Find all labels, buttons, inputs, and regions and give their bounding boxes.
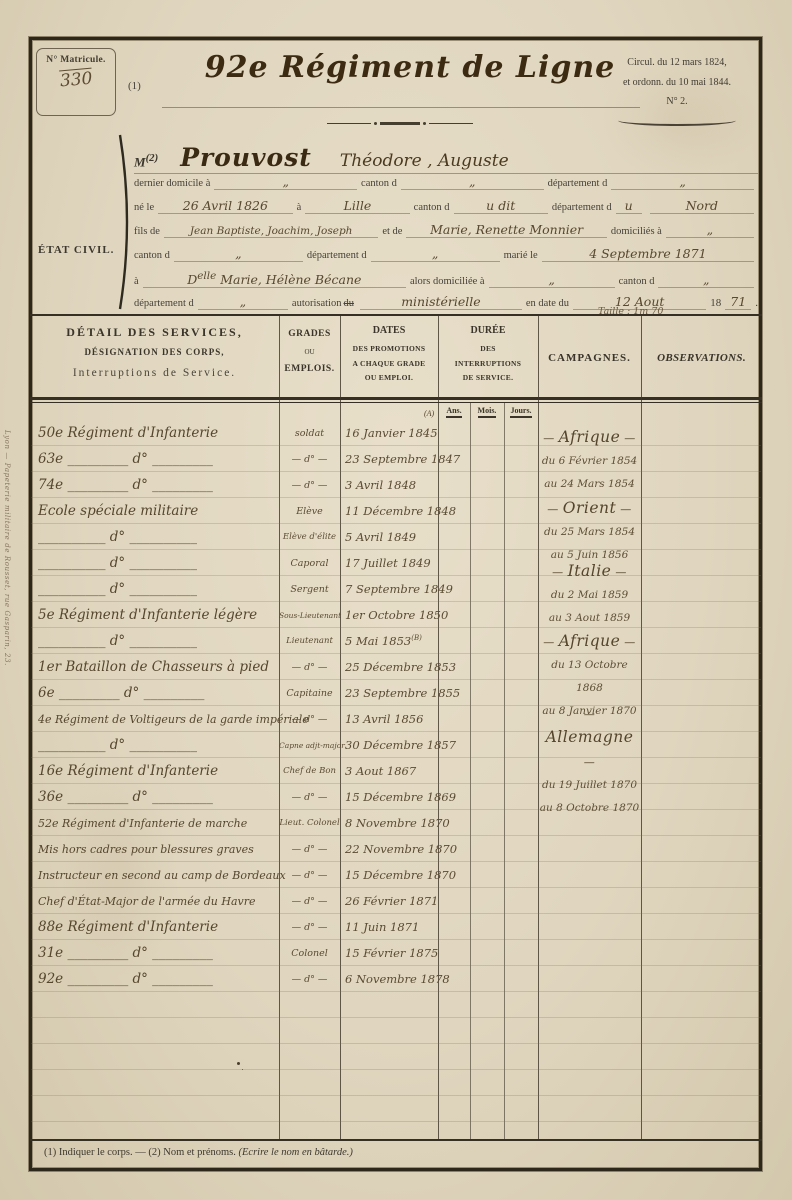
campaigns-column: Afrique du 6 Février 1854 au 24 Mars 185… xyxy=(538,420,641,820)
field-value: „ xyxy=(371,246,500,262)
corps-cell: 52e Régiment d'Infanterie de marche xyxy=(30,817,279,830)
table-row: 4e Régiment de Voltigeurs de la garde im… xyxy=(30,706,438,732)
date-cell: 3 Aout 1867 xyxy=(340,764,438,778)
field-label: alors domiciliée à xyxy=(410,276,485,287)
date-cell: 1er Octobre 1850 xyxy=(340,608,438,622)
date-footnote-ref: (B) xyxy=(411,634,422,642)
birth-department: Nord xyxy=(650,198,754,214)
wife-name: Delle Marie, Hélène Bécane xyxy=(143,270,406,288)
corps-cell: Mis hors cadres pour blessures graves xyxy=(30,843,279,856)
table-row: Instructeur en second au camp de Bordeau… xyxy=(30,862,438,888)
year-prefix: 18 xyxy=(710,297,721,309)
corps-cell: __________ d° __________ xyxy=(30,633,279,649)
campaign-from: du 2 Mai 1859 xyxy=(538,584,641,607)
date-cell: 11 Juin 1871 xyxy=(340,920,438,934)
date-cell: 7 Septembre 1849 xyxy=(340,582,438,596)
circular-line: et ordonn. du 10 mai 1844. xyxy=(596,73,758,93)
date-cell: 6 Novembre 1878 xyxy=(340,972,438,986)
date-cell: 26 Février 1871 xyxy=(340,894,438,908)
grade-cell: Sous-Lieutenant xyxy=(279,611,340,620)
field-label: à xyxy=(134,276,139,287)
date-cell: 3 Avril 1848 xyxy=(340,478,438,492)
header-services: DÉTAIL DES SERVICES, DÉSIGNATION DES COR… xyxy=(30,326,279,380)
date-cell: 25 Décembre 1853 xyxy=(340,660,438,674)
table-row: 92e _________ d° _________ — d° — 6 Nove… xyxy=(30,966,438,992)
mother-name: Marie, Renette Monnier xyxy=(406,222,606,238)
field-label: et de xyxy=(382,226,402,237)
corps-cell: 1er Bataillon de Chasseurs à pied xyxy=(30,659,279,675)
table-row: __________ d° __________ Caporal 17 Juil… xyxy=(30,550,438,576)
subheader-ans: Ans. xyxy=(438,406,470,415)
table-row: 6e _________ d° _________ Capitaine 23 S… xyxy=(30,680,438,706)
table-row: __________ d° __________ Elève d'élite 5… xyxy=(30,524,438,550)
date-cell: 22 Novembre 1870 xyxy=(340,842,438,856)
field-label: domiciliés à xyxy=(611,226,662,237)
corps-cell: 6e _________ d° _________ xyxy=(30,685,279,701)
etat-civil-form: M(2) Prouvost Théodore , Auguste dernier… xyxy=(134,128,758,318)
table-row: Chef d'État-Major de l'armée du Havre — … xyxy=(30,888,438,914)
grade-cell: — d° — xyxy=(279,974,340,985)
form-footnote-ref: (1) xyxy=(128,80,141,92)
grade-cell: — d° — xyxy=(279,480,340,491)
field-value: „ xyxy=(666,222,754,238)
printer-imprint: Lyon — Papeterie militaire de Rousset, r… xyxy=(3,430,11,760)
field-label: canton d xyxy=(361,178,397,189)
header-bottom-rule xyxy=(30,397,762,400)
grade-cell: Colonel xyxy=(279,948,340,959)
m-label: M(2) xyxy=(134,152,158,170)
campaign-name: Afrique xyxy=(538,630,641,654)
campaign-block: Orient du 25 Mars 1854 au 5 Juin 1856 xyxy=(538,497,641,567)
surname: Prouvost xyxy=(180,145,312,170)
date-cell: 15 Février 1875 xyxy=(340,946,438,960)
campaign-from: du 19 Juillet 1870 xyxy=(538,774,641,797)
date-cell: 16 Janvier 1845 xyxy=(340,426,438,440)
corps-cell: 92e _________ d° _________ xyxy=(30,971,279,987)
date-cell: 15 Décembre 1869 xyxy=(340,790,438,804)
field-value: u xyxy=(616,198,642,214)
table-row: __________ d° __________ Lieutenant 5 Ma… xyxy=(30,628,438,654)
title-underline xyxy=(162,107,640,108)
corps-cell: Instructeur en second au camp de Bordeau… xyxy=(30,869,279,882)
table-row: 63e _________ d° _________ — d° — 23 Sep… xyxy=(30,446,438,472)
domicile-line: dernier domicile à „ canton d „ départem… xyxy=(134,174,758,198)
grade-cell: — d° — xyxy=(279,792,340,803)
corps-cell: 63e _________ d° _________ xyxy=(30,451,279,467)
header-observations: OBSERVATIONS. xyxy=(641,352,762,364)
table-row: 52e Régiment d'Infanterie de marche Lieu… xyxy=(30,810,438,836)
date-cell: 23 Septembre 1855 xyxy=(340,686,438,700)
grade-cell: Lieutenant xyxy=(279,636,340,646)
corps-cell: 5e Régiment d'Infanterie légère xyxy=(30,607,279,623)
campaign-name: Afrique xyxy=(538,426,641,450)
date-cell: 5 Mai 1853(B) xyxy=(340,634,438,648)
birth-place: Lille xyxy=(305,198,409,214)
matricule-box: N° Matricule. 330 xyxy=(36,48,116,116)
field-label: dernier domicile à xyxy=(134,178,210,189)
campaign-to: au 3 Aout 1859 xyxy=(538,607,641,630)
field-value: „ xyxy=(214,174,357,190)
header-dates: DATES DES PROMOTIONS A CHAQUE GRADE OU E… xyxy=(340,326,438,389)
campaign-block: Afrique du 6 Février 1854 au 24 Mars 185… xyxy=(538,426,641,496)
campaign-block: Allemagne du 19 Juillet 1870 au 8 Octobr… xyxy=(538,702,641,820)
date-cell: 15 Décembre 1870 xyxy=(340,868,438,882)
grade-cell: — d° — xyxy=(279,454,340,465)
grade-cell: Elève xyxy=(279,506,340,517)
field-label: né le xyxy=(134,202,154,213)
field-label: département d xyxy=(552,202,612,213)
table-row: 16e Régiment d'Infanterie Chef de Bon 3 … xyxy=(30,758,438,784)
field-value: „ xyxy=(658,272,754,288)
footnote-marker: (2) xyxy=(146,152,159,164)
service-record-document: Lyon — Papeterie militaire de Rousset, r… xyxy=(0,0,792,1200)
field-label: fils de xyxy=(134,226,160,237)
field-value: „ xyxy=(489,272,615,288)
circular-line: Circul. du 12 mars 1824, xyxy=(596,53,758,73)
field-label: département d xyxy=(307,250,367,261)
page-title: 92e Régiment de Ligne xyxy=(190,50,630,85)
corps-cell: 50e Régiment d'Infanterie xyxy=(30,425,279,441)
circular-line: N° 2. xyxy=(596,92,758,112)
corps-cell: 88e Régiment d'Infanterie xyxy=(30,919,279,935)
father-name: Jean Baptiste, Joachim, Joseph xyxy=(164,225,378,238)
field-label: département d xyxy=(548,178,608,189)
corps-cell: Ecole spéciale militaire xyxy=(30,503,279,519)
grade-cell: — d° — xyxy=(279,922,340,933)
name-line: M(2) Prouvost Théodore , Auguste xyxy=(134,128,758,174)
firstnames: Théodore , Auguste xyxy=(340,153,509,170)
campaign-from: du 13 Octobre 1868 xyxy=(538,654,641,700)
table-row: 5e Régiment d'Infanterie légère Sous-Lie… xyxy=(30,602,438,628)
campaign-block: Italie du 2 Mai 1859 au 3 Aout 1859 xyxy=(538,560,641,630)
circular-note: Circul. du 12 mars 1824, et ordonn. du 1… xyxy=(596,53,758,126)
table-row: Ecole spéciale militaire Elève 11 Décemb… xyxy=(30,498,438,524)
date-cell: 5 Avril 1849 xyxy=(340,530,438,544)
corps-cell: 36e _________ d° _________ xyxy=(30,789,279,805)
campaign-to: au 24 Mars 1854 xyxy=(538,473,641,496)
date-cell: 30 Décembre 1857 xyxy=(340,738,438,752)
period: . xyxy=(755,297,758,309)
corps-cell: __________ d° __________ xyxy=(30,737,279,753)
grade-cell: Sergent xyxy=(279,584,340,595)
grade-cell: — d° — xyxy=(279,870,340,881)
table-row: 31e _________ d° _________ Colonel 15 Fé… xyxy=(30,940,438,966)
date-cell: 23 Septembre 1847 xyxy=(340,452,438,466)
campaign-name: Orient xyxy=(538,497,641,521)
table-row: __________ d° __________ Capne adjt-majo… xyxy=(30,732,438,758)
header-duree: DURÉE DES INTERRUPTIONS DE SERVICE. xyxy=(438,326,538,389)
date-cell: 17 Juillet 1849 xyxy=(340,556,438,570)
authorization-year: 71 xyxy=(725,294,751,310)
campaign-from: du 6 Février 1854 xyxy=(538,450,641,473)
campaign-from: du 25 Mars 1854 xyxy=(538,521,641,544)
field-label: département d xyxy=(134,298,194,309)
field-label: canton d xyxy=(619,276,655,287)
table-row: 36e _________ d° _________ — d° — 15 Déc… xyxy=(30,784,438,810)
date-cell: 13 Avril 1856 xyxy=(340,712,438,726)
corps-cell: 16e Régiment d'Infanterie xyxy=(30,763,279,779)
table-row: Mis hors cadres pour blessures graves — … xyxy=(30,836,438,862)
campaign-name: Italie xyxy=(538,560,641,584)
grade-cell: soldat xyxy=(279,428,340,439)
matricule-label: N° Matricule. xyxy=(37,55,115,65)
header-ornament xyxy=(326,122,474,125)
corps-cell: 31e _________ d° _________ xyxy=(30,945,279,961)
birth-date: 26 Avril 1826 xyxy=(158,198,292,214)
grade-cell: Capne adjt-major xyxy=(279,741,340,750)
grade-cell: Lieut. Colonel xyxy=(279,818,340,828)
etat-civil-label: ÉTAT CIVIL. xyxy=(38,244,114,256)
birth-canton: u dit xyxy=(454,198,548,214)
wife-line: à Delle Marie, Hélène Bécane alors domic… xyxy=(134,270,758,294)
campaign-name: Allemagne xyxy=(538,702,641,774)
struck-word: du xyxy=(343,298,354,309)
field-value: „ xyxy=(611,174,754,190)
header-campagnes: CAMPAGNES. xyxy=(538,352,641,364)
corps-cell: __________ d° __________ xyxy=(30,581,279,597)
marriage-date: 4 Septembre 1871 xyxy=(542,246,754,262)
date-cell: 8 Novembre 1870 xyxy=(340,816,438,830)
footer-note: (1) Indiquer le corps. — (2) Nom et prén… xyxy=(44,1147,353,1158)
corps-cell: 74e _________ d° _________ xyxy=(30,477,279,493)
grade-cell: Caporal xyxy=(279,558,340,569)
field-label: à xyxy=(297,202,302,213)
matricule-value: 330 xyxy=(59,69,93,92)
subheader-jours: Jours. xyxy=(504,406,538,415)
field-value: „ xyxy=(198,294,288,310)
grade-cell: — d° — xyxy=(279,896,340,907)
field-label: canton d xyxy=(134,250,170,261)
authorization-kind: ministérielle xyxy=(360,294,522,310)
header-bottom-rule-thin xyxy=(30,402,762,403)
corps-cell: Chef d'État-Major de l'armée du Havre xyxy=(30,895,279,908)
table-top-rule xyxy=(30,314,762,316)
table-row: 1er Bataillon de Chasseurs à pied — d° —… xyxy=(30,654,438,680)
field-value: „ xyxy=(401,174,544,190)
swash-flourish xyxy=(618,115,736,126)
field-label: autorisation xyxy=(292,298,342,309)
campaign-to: au 8 Octobre 1870 xyxy=(538,797,641,820)
footer-rule xyxy=(30,1139,762,1141)
grade-cell: — d° — xyxy=(279,662,340,673)
abbrev-sup: elle xyxy=(197,270,216,282)
field-label: en date du xyxy=(526,298,569,309)
grade-cell: Elève d'élite xyxy=(279,532,340,542)
corps-cell: __________ d° __________ xyxy=(30,555,279,571)
table-row: 88e Régiment d'Infanterie — d° — 11 Juin… xyxy=(30,914,438,940)
corps-cell: __________ d° __________ xyxy=(30,529,279,545)
date-cell: 11 Décembre 1848 xyxy=(340,504,438,518)
field-label: marié le xyxy=(504,250,538,261)
grade-cell: — d° — xyxy=(279,714,340,725)
marriage-line: canton d „ département d „ marié le 4 Se… xyxy=(134,246,758,270)
header-grades: GRADES OU EMPLOIS. xyxy=(279,330,340,374)
date-footnote-marker: (A) xyxy=(424,409,434,418)
field-label: canton d xyxy=(414,202,450,213)
table-row: __________ d° __________ Sergent 7 Septe… xyxy=(30,576,438,602)
grade-cell: — d° — xyxy=(279,844,340,855)
subheader-mois: Mois. xyxy=(470,406,504,415)
corps-cell: 4e Régiment de Voltigeurs de la garde im… xyxy=(30,713,279,726)
grade-cell: Chef de Bon xyxy=(279,766,340,776)
parents-line: fils de Jean Baptiste, Joachim, Joseph e… xyxy=(134,222,758,246)
table-row: 50e Régiment d'Infanterie soldat 16 Janv… xyxy=(30,420,438,446)
grade-cell: Capitaine xyxy=(279,688,340,699)
field-value: „ xyxy=(174,246,303,262)
table-row: 74e _________ d° _________ — d° — 3 Avri… xyxy=(30,472,438,498)
etat-civil-brace xyxy=(117,133,135,311)
birth-line: né le 26 Avril 1826 à Lille canton d u d… xyxy=(134,198,758,222)
services-table-body: 50e Régiment d'Infanterie soldat 16 Janv… xyxy=(30,420,438,992)
